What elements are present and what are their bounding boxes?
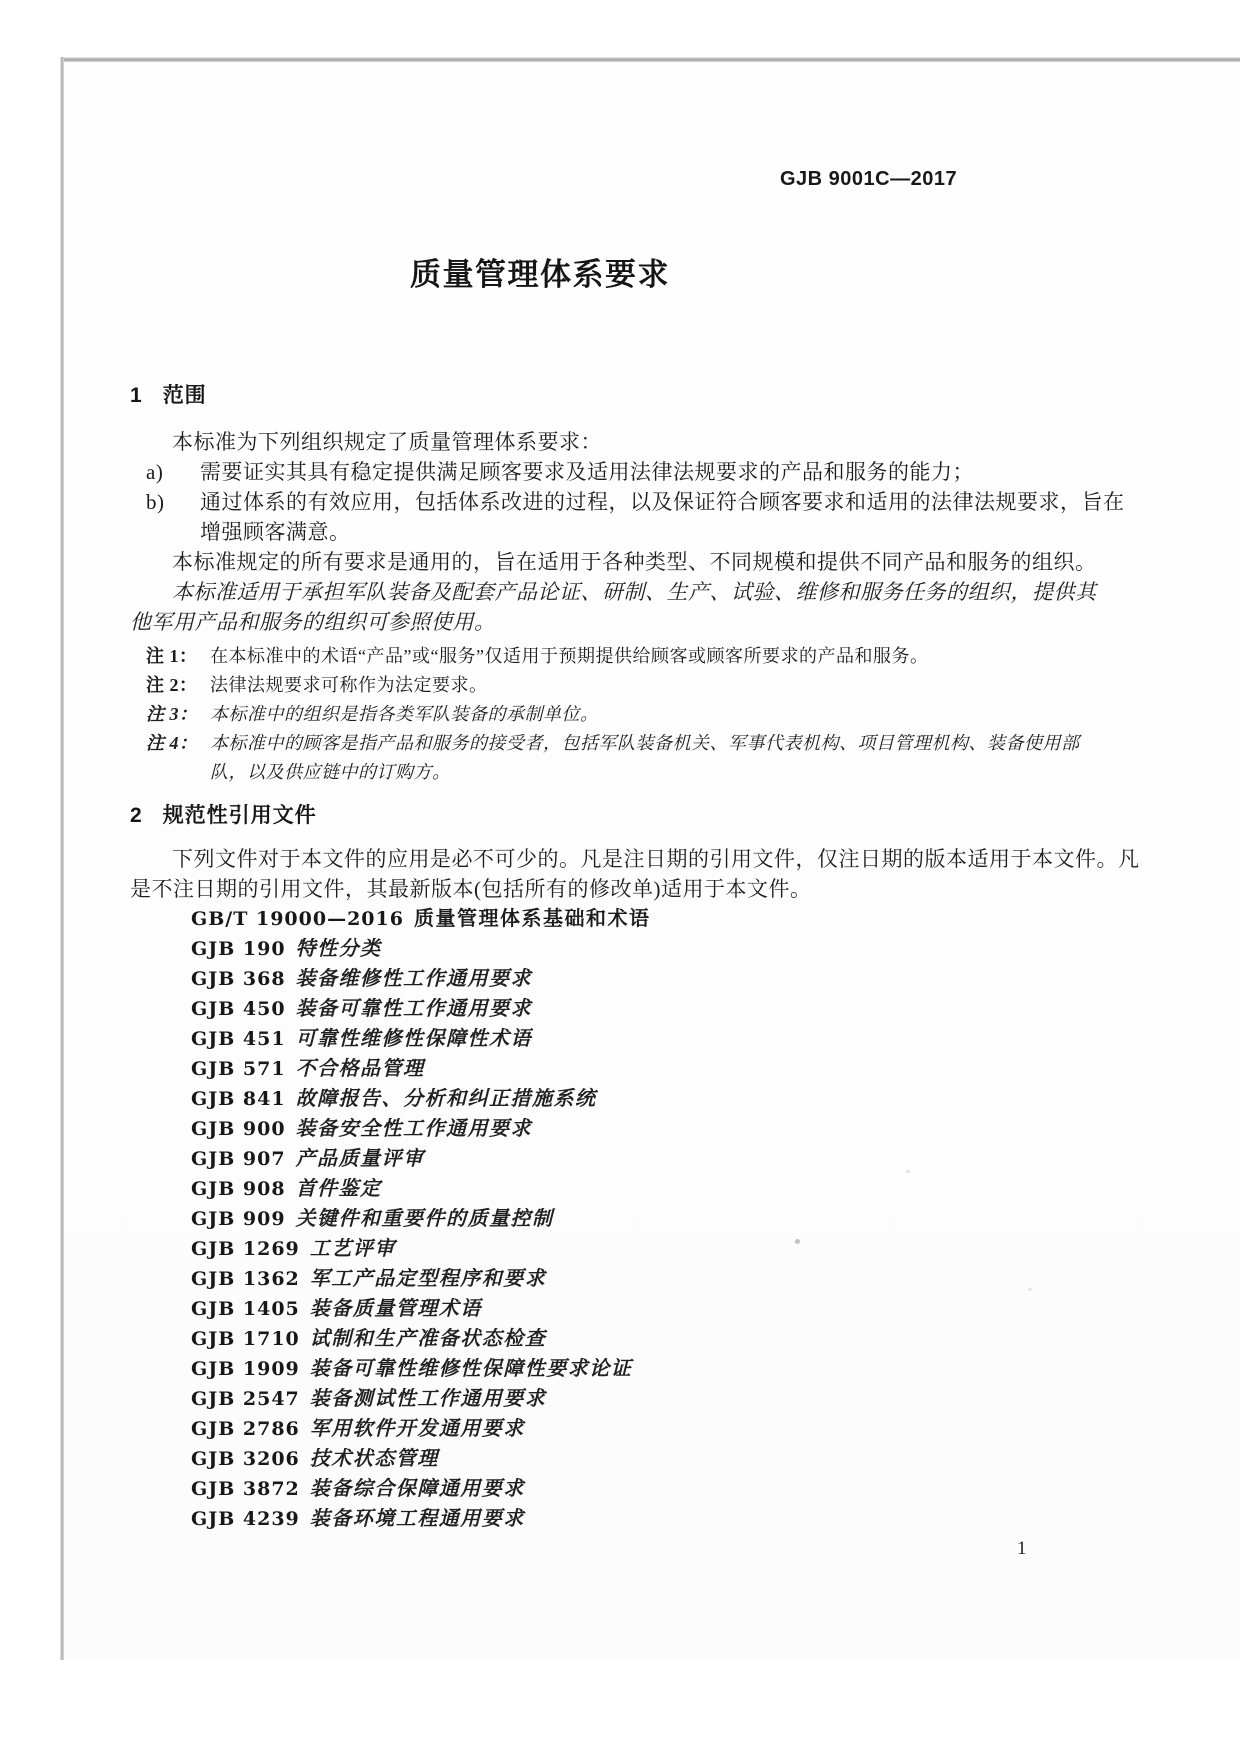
reference-item: GJB 1909装备可靠性维修性保障性要求论证 xyxy=(191,1354,1145,1384)
reference-item: GJB 907产品质量评审 xyxy=(191,1144,1145,1174)
reference-item: GJB 1405装备质量管理术语 xyxy=(191,1294,1145,1324)
reference-title: 首件鉴定 xyxy=(296,1178,382,1200)
section-2-heading: 2规范性引用文件 xyxy=(130,801,1145,831)
reference-code: GJB 3206 xyxy=(191,1444,300,1474)
reference-title: 产品质量评审 xyxy=(296,1148,425,1170)
section-1-title: 范围 xyxy=(163,384,207,407)
list-text-b: 通过体系的有效应用，包括体系改进的过程，以及保证符合顾客要求和适用的法律法规要求… xyxy=(200,490,1125,544)
reference-title: 装备环境工程通用要求 xyxy=(310,1508,525,1530)
reference-code: GJB 1405 xyxy=(191,1294,300,1324)
reference-title: 不合格品管理 xyxy=(296,1058,425,1080)
reference-code: GJB 190 xyxy=(191,934,286,964)
note-4-text: 本标准中的顾客是指产品和服务的接受者，包括军队装备机关、军事代表机构、项目管理机… xyxy=(210,733,1080,782)
note-3-text: 本标准中的组织是指各类军队装备的承制单位。 xyxy=(210,704,599,724)
reference-item: GJB 451可靠性维修性保障性术语 xyxy=(191,1024,1145,1054)
reference-title: 可靠性维修性保障性术语 xyxy=(296,1028,533,1050)
note-2-label: 注 2： xyxy=(146,671,198,700)
reference-title: 质量管理体系基础和术语 xyxy=(414,908,651,930)
normative-references-list: GB/T 19000—2016质量管理体系基础和术语 GJB 190特性分类 G… xyxy=(130,904,1145,1534)
note-2-text: 法律法规要求可称作为法定要求。 xyxy=(210,675,488,695)
reference-item: GJB 3206技术状态管理 xyxy=(191,1444,1145,1474)
references-intro: 下列文件对于本文件的应用是必不可少的。凡是注日期的引用文件，仅注日期的版本适用于… xyxy=(130,844,1145,904)
reference-item: GJB 190特性分类 xyxy=(191,934,1145,964)
reference-item: GJB 2786军用软件开发通用要求 xyxy=(191,1414,1145,1444)
reference-code: GJB 571 xyxy=(191,1054,286,1084)
reference-code: GJB 841 xyxy=(191,1084,286,1114)
reference-item: GJB 1362军工产品定型程序和要求 xyxy=(191,1264,1145,1294)
scope-general: 本标准规定的所有要求是通用的，旨在适用于各种类型、不同规模和提供不同产品和服务的… xyxy=(130,547,1145,577)
scan-speck xyxy=(906,1170,910,1173)
reference-item: GJB 900装备安全性工作通用要求 xyxy=(191,1114,1145,1144)
note-1: 注 1： 在本标准中的术语“产品”或“服务”仅适用于预期提供给顾客或顾客所要求的… xyxy=(130,642,1080,671)
reference-item: GJB 1269工艺评审 xyxy=(191,1234,1145,1264)
reference-title: 装备测试性工作通用要求 xyxy=(310,1388,547,1410)
note-4-label: 注 4： xyxy=(146,729,198,758)
reference-code: GJB 1909 xyxy=(191,1354,300,1384)
reference-title: 装备质量管理术语 xyxy=(310,1298,482,1320)
scope-intro: 本标准为下列组织规定了质量管理体系要求： xyxy=(130,427,1145,457)
scan-speck xyxy=(795,1239,800,1244)
reference-title: 故障报告、分析和纠正措施系统 xyxy=(296,1088,597,1110)
scope-applicability: 本标准适用于承担军队装备及配套产品论证、研制、生产、试验、维修和服务任务的组织，… xyxy=(130,577,1100,637)
note-2: 注 2： 法律法规要求可称作为法定要求。 xyxy=(130,671,1080,700)
reference-code: GJB 450 xyxy=(191,994,286,1024)
notes-block: 注 1： 在本标准中的术语“产品”或“服务”仅适用于预期提供给顾客或顾客所要求的… xyxy=(130,642,1080,787)
reference-title: 试制和生产准备状态检查 xyxy=(310,1328,547,1350)
reference-item: GJB 368装备维修性工作通用要求 xyxy=(191,964,1145,994)
reference-title: 装备可靠性工作通用要求 xyxy=(296,998,533,1020)
note-1-label: 注 1： xyxy=(146,642,198,671)
list-label-a: a) xyxy=(146,457,163,487)
reference-item: GJB 1710试制和生产准备状态检查 xyxy=(191,1324,1145,1354)
reference-title: 特性分类 xyxy=(296,938,382,960)
note-4: 注 4： 本标准中的顾客是指产品和服务的接受者，包括军队装备机关、军事代表机构、… xyxy=(130,729,1080,787)
scan-speck xyxy=(1028,1288,1032,1291)
reference-item: GJB 908首件鉴定 xyxy=(191,1174,1145,1204)
section-1-number: 1 xyxy=(130,384,143,407)
reference-title: 装备综合保障通用要求 xyxy=(310,1478,525,1500)
note-3-label: 注 3： xyxy=(146,700,198,729)
document-title: 质量管理体系要求 xyxy=(410,249,670,294)
section-2-number: 2 xyxy=(130,804,143,827)
list-label-b: b) xyxy=(146,487,165,517)
section-2-title: 规范性引用文件 xyxy=(163,804,317,827)
reference-code: GJB 1362 xyxy=(191,1264,300,1294)
reference-item: GB/T 19000—2016质量管理体系基础和术语 xyxy=(191,904,1145,934)
standard-number: GJB 9001C—2017 xyxy=(780,168,957,191)
reference-item: GJB 909关键件和重要件的质量控制 xyxy=(191,1204,1145,1234)
reference-code: GJB 2547 xyxy=(191,1384,300,1414)
list-text-a: 需要证实其具有稳定提供满足顾客要求及适用法律法规要求的产品和服务的能力； xyxy=(200,460,974,484)
reference-item: GJB 3872装备综合保障通用要求 xyxy=(191,1474,1145,1504)
reference-code: GJB 2786 xyxy=(191,1414,300,1444)
list-item-a: a) 需要证实其具有稳定提供满足顾客要求及适用法律法规要求的产品和服务的能力； xyxy=(130,457,1145,487)
reference-item: GJB 571不合格品管理 xyxy=(191,1054,1145,1084)
reference-code: GJB 1710 xyxy=(191,1324,300,1354)
reference-code: GB/T 19000—2016 xyxy=(191,904,404,934)
title-wrap: 质量管理体系要求 xyxy=(0,249,1080,294)
reference-item: GJB 2547装备测试性工作通用要求 xyxy=(191,1384,1145,1414)
reference-code: GJB 907 xyxy=(191,1144,286,1174)
reference-code: GJB 4239 xyxy=(191,1504,300,1534)
reference-title: 装备可靠性维修性保障性要求论证 xyxy=(310,1358,633,1380)
reference-code: GJB 909 xyxy=(191,1204,286,1234)
reference-title: 关键件和重要件的质量控制 xyxy=(296,1208,554,1230)
reference-code: GJB 1269 xyxy=(191,1234,300,1264)
reference-title: 装备维修性工作通用要求 xyxy=(296,968,533,990)
reference-title: 装备安全性工作通用要求 xyxy=(296,1118,533,1140)
page-number: 1 xyxy=(1017,1538,1027,1560)
reference-code: GJB 900 xyxy=(191,1114,286,1144)
reference-title: 军用软件开发通用要求 xyxy=(310,1418,525,1440)
note-1-text: 在本标准中的术语“产品”或“服务”仅适用于预期提供给顾客或顾客所要求的产品和服务… xyxy=(210,646,928,666)
reference-code: GJB 908 xyxy=(191,1174,286,1204)
note-3: 注 3： 本标准中的组织是指各类军队装备的承制单位。 xyxy=(130,700,1080,729)
section-1-heading: 1范围 xyxy=(130,381,1145,411)
reference-code: GJB 3872 xyxy=(191,1474,300,1504)
reference-item: GJB 4239装备环境工程通用要求 xyxy=(191,1504,1145,1534)
reference-title: 技术状态管理 xyxy=(310,1448,439,1470)
reference-code: GJB 368 xyxy=(191,964,286,994)
list-item-b: b) 通过体系的有效应用，包括体系改进的过程，以及保证符合顾客要求和适用的法律法… xyxy=(130,487,1135,547)
reference-title: 军工产品定型程序和要求 xyxy=(310,1268,547,1290)
document-body: 1范围 本标准为下列组织规定了质量管理体系要求： a) 需要证实其具有稳定提供满… xyxy=(130,381,1145,1534)
reference-item: GJB 450装备可靠性工作通用要求 xyxy=(191,994,1145,1024)
reference-code: GJB 451 xyxy=(191,1024,286,1054)
reference-item: GJB 841故障报告、分析和纠正措施系统 xyxy=(191,1084,1145,1114)
reference-title: 工艺评审 xyxy=(310,1238,396,1260)
